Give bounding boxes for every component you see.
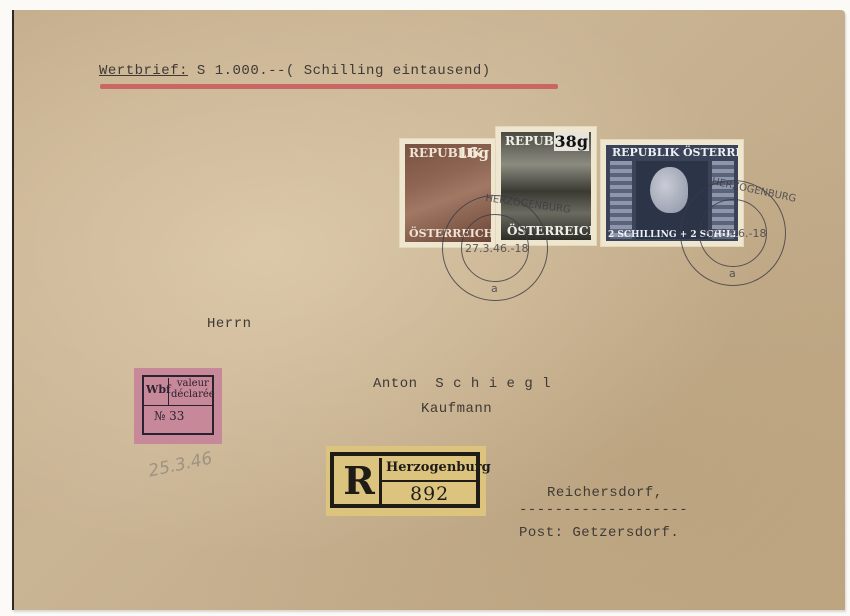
postmark-date: 27.3.46.-18 [465,242,528,255]
registration-letter: R [339,458,382,504]
envelope [12,10,845,610]
postmark: HERZOGENBURG 27.3.46.-18 a [680,180,786,286]
stamp-value: 38g [554,132,589,151]
registration-label: R Herzogenburg 892 [326,446,486,516]
salutation: Herrn [207,316,252,332]
declared-value-label: Wertbrief: [99,63,188,79]
postmark-code: a [491,282,498,295]
label-number: № 33 [154,409,184,423]
declared-value-line: Wertbrief: S 1.000.--( Schilling eintaus… [99,63,491,79]
recipient-occupation: Kaufmann [421,401,492,417]
post-office: Post: Getzersdorf. [519,525,679,541]
registration-number: 892 [410,483,449,505]
recipient-name: Anton S c h i e g l [373,376,551,392]
declared-value-amount: S 1.000.--( Schilling eintausend) [188,63,491,79]
registration-town: Herzogenburg [386,460,491,475]
stamp-value: 16g [458,144,489,162]
address-separator: ------------------- [519,502,688,518]
stamp-country-top: REPUBLIK ÖSTERREICH [612,146,738,159]
recipient-town: Reichersdorf, [547,485,663,501]
valeur-declaree-text: valeurdéclarée [168,378,215,406]
postmark-code: a [729,267,736,280]
postmark-date: 27.3.46.-18 [703,227,766,240]
declared-value-label-sticker: Wbf valeurdéclarée № 33 [134,368,222,444]
red-underline [100,84,558,89]
coat-of-arms-border [610,161,632,239]
postmark: HERZOGENBURG 27.3.46.-18 a [442,195,548,301]
